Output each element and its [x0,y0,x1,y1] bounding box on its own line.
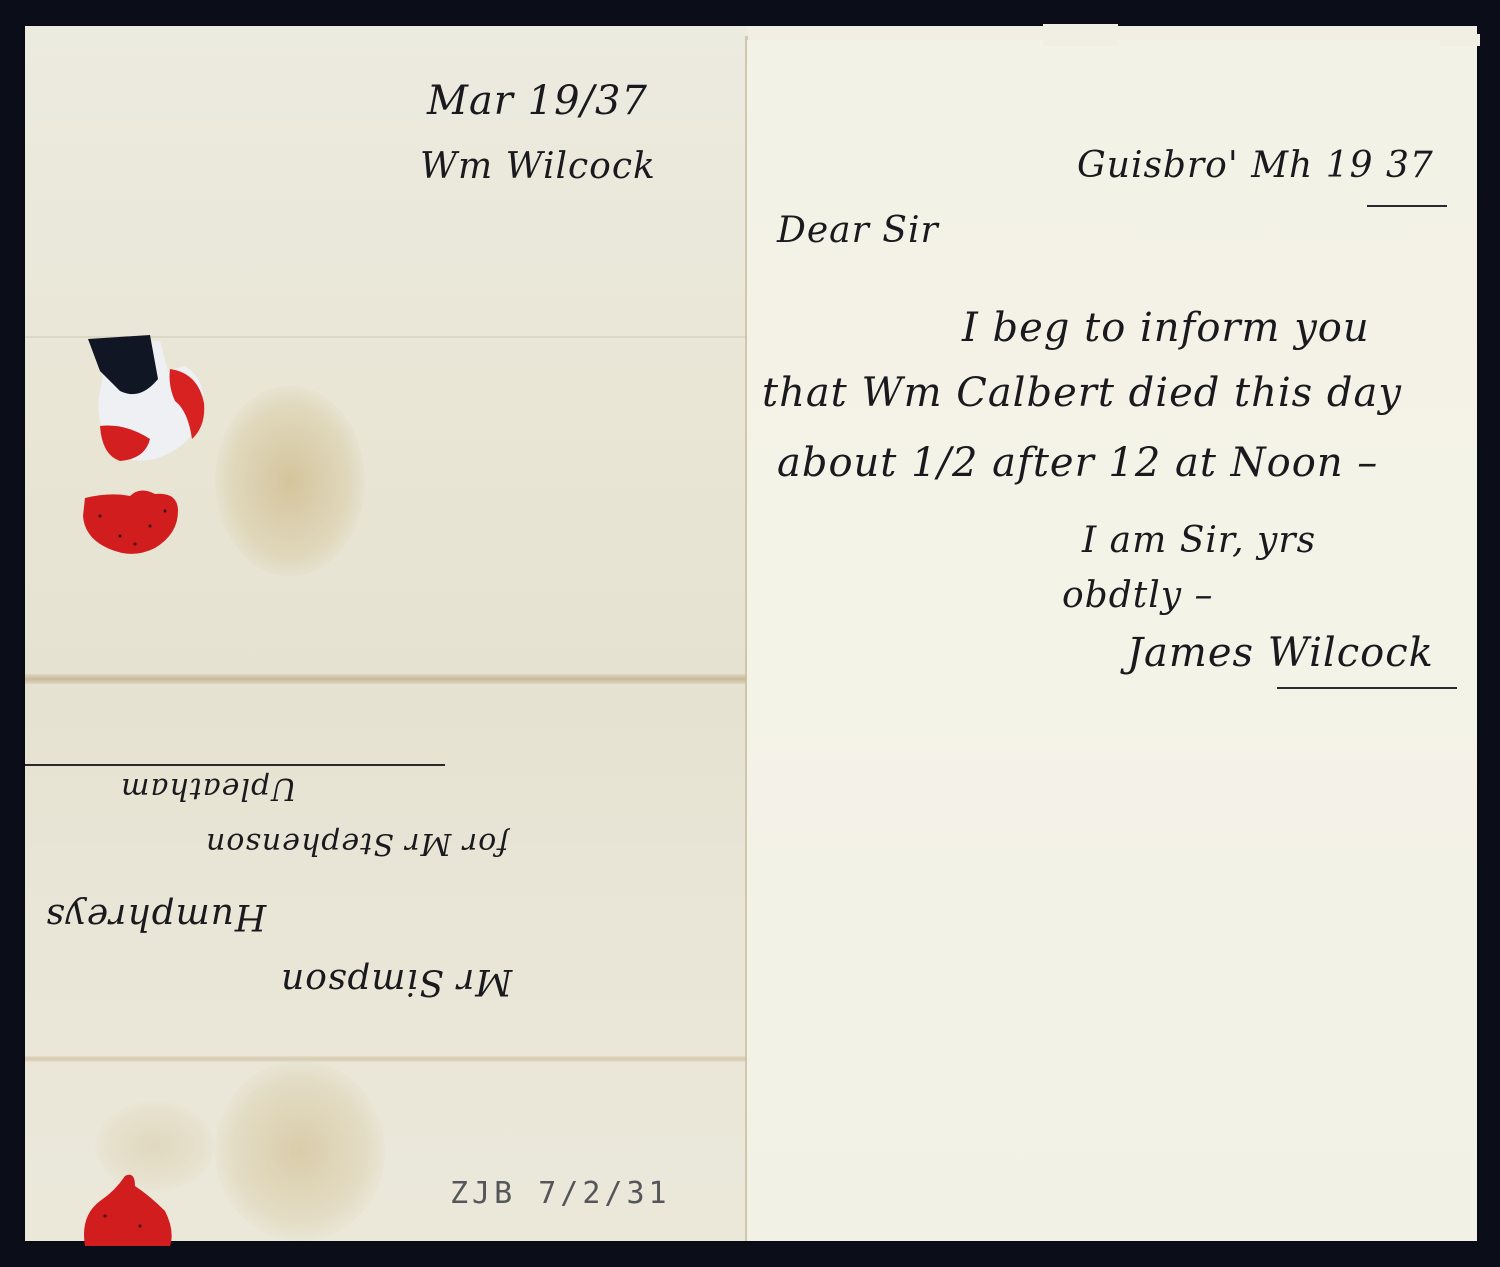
archive-reference: ZJB 7/2/31 [450,1176,671,1211]
docket-name: Wm Wilcock [420,146,656,187]
address-line: for Mr Stephenson [205,826,508,861]
letter-signature: James Wilcock [1127,630,1434,676]
dateline-underline [1367,205,1447,207]
letter-dateline: Guisbro' Mh 19 37 [1077,145,1434,186]
address-rule [25,764,445,766]
letter-sheet: Mar 19/37 Wm Wilcock Upleatham for Mr St… [25,26,1477,1241]
water-stain [215,386,365,576]
wax-seal-icon [80,486,185,556]
letter-panel: Guisbro' Mh 19 37 Dear Sir I beg to info… [747,40,1477,1241]
address-panel: Mar 19/37 Wm Wilcock Upleatham for Mr St… [25,26,747,1241]
water-stain [215,1061,385,1241]
wax-seal-icon [80,1171,175,1246]
letter-closing-line: I am Sir, yrs [1082,520,1316,561]
letter-salutation: Dear Sir [777,210,939,251]
wax-seal-icon [80,331,210,471]
letter-body-line: about 1/2 after 12 at Noon – [777,440,1378,486]
address-line: Upleatham [120,771,296,806]
fold-line-stained [25,674,747,684]
letter-closing-line: obdtly – [1062,575,1214,616]
torn-paper-edge [1440,34,1480,46]
signature-underline [1277,687,1457,689]
torn-paper-edge [1043,24,1118,46]
address-line: Mr Simpson [280,961,512,1002]
address-line: Humphreys [45,896,266,937]
docket-date: Mar 19/37 [427,78,648,124]
letter-body-line: that Wm Calbert died this day [762,370,1402,416]
letter-body-line: I beg to inform you [962,305,1370,351]
fold-line-stained [25,1056,747,1062]
